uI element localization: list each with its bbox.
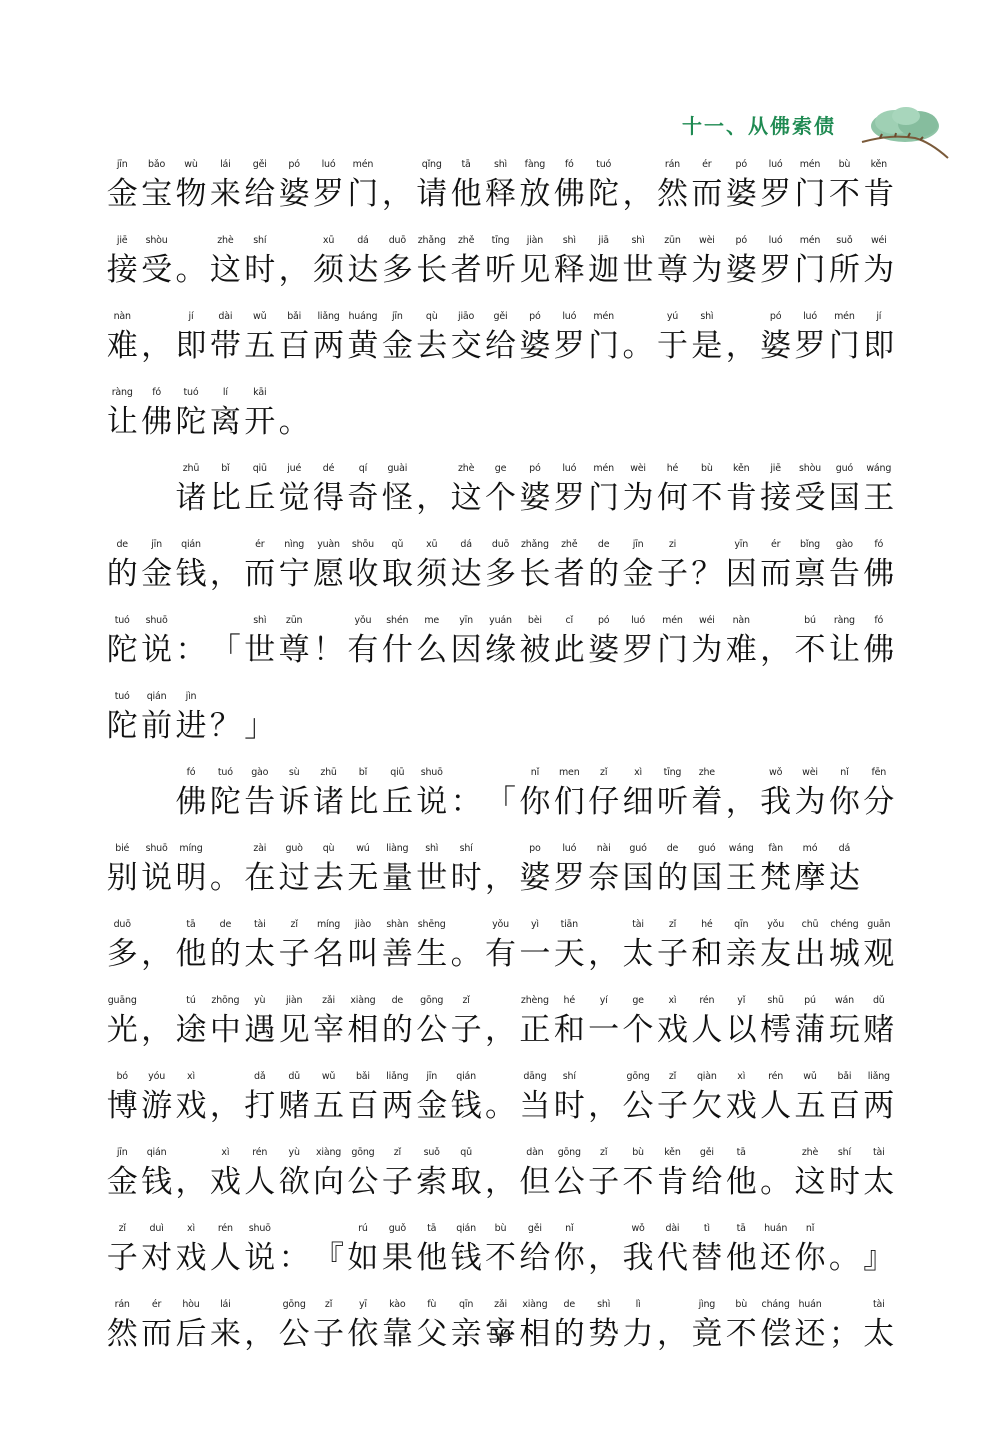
hanzi: 有: [485, 934, 516, 974]
hanzi: 公: [623, 1086, 654, 1126]
pinyin: ràng: [112, 384, 133, 402]
hanzi: 听: [485, 250, 516, 290]
pinyin: shén: [386, 612, 408, 630]
hanzi: 城: [829, 934, 860, 974]
character-cell: tài太: [621, 916, 655, 992]
pinyin: shì: [700, 308, 713, 326]
pinyin: dá: [839, 840, 850, 858]
hanzi: 门: [795, 250, 826, 290]
pinyin: shí: [253, 232, 266, 250]
character-cell: gōng公: [552, 1144, 586, 1220]
character-cell: wáng王: [862, 460, 896, 536]
hanzi: 么: [416, 630, 447, 670]
hanzi: 门: [795, 174, 826, 214]
character-cell: shuō说: [139, 612, 173, 688]
character-cell: zǐ子: [277, 916, 311, 992]
pinyin: zǐ: [600, 1144, 607, 1162]
hanzi: 比: [347, 782, 378, 822]
pinyin: nǐ: [565, 1220, 573, 1238]
pinyin: zūn: [286, 612, 302, 630]
pinyin: dàn: [526, 1144, 543, 1162]
pinyin: tuó: [115, 612, 130, 630]
hanzi: 百: [279, 326, 310, 366]
hanzi: 禀: [795, 554, 826, 594]
character-cell: qǔ取: [380, 536, 414, 612]
character-cell: dàn但: [518, 1144, 552, 1220]
pinyin: bǎi: [356, 1068, 370, 1086]
text-line: duō多，tā他de的tài太zǐ子míng名jiào叫shàn善shēng生。…: [105, 916, 897, 992]
pinyin: wǒ: [769, 764, 782, 782]
pinyin: xiàng: [316, 1144, 341, 1162]
character-cell: shí时: [243, 232, 277, 308]
pinyin: sù: [289, 764, 300, 782]
character-cell: luó罗: [311, 156, 345, 232]
pinyin: bié: [115, 840, 129, 858]
pinyin: bù: [701, 460, 713, 478]
hanzi: 和: [691, 934, 722, 974]
hanzi: 是: [691, 326, 722, 366]
character-cell: tiān天: [552, 916, 586, 992]
character-cell: jiē接: [105, 232, 139, 308]
character-cell: hé和: [552, 992, 586, 1068]
character-cell: qián钱: [449, 1220, 483, 1296]
hanzi: 须: [313, 250, 344, 290]
pinyin: rén: [218, 1220, 233, 1238]
hanzi: 子: [382, 1162, 413, 1202]
hanzi: 然: [657, 174, 688, 214]
hanzi: 国: [829, 478, 860, 518]
hanzi: 说: [141, 858, 172, 898]
hanzi: 钱: [141, 1162, 172, 1202]
pinyin: yóu: [148, 1068, 165, 1086]
hanzi: 向: [313, 1162, 344, 1202]
pinyin: xì: [187, 1220, 195, 1238]
hanzi: 达: [347, 250, 378, 290]
character-cell: bù不: [483, 1220, 517, 1296]
character-cell: tuó陀: [174, 384, 208, 460]
pinyin: ér: [702, 156, 711, 174]
pinyin: bǐ: [359, 764, 367, 782]
hanzi: 陀: [107, 706, 138, 746]
character-cell: tā他: [174, 916, 208, 992]
hanzi: 他: [175, 934, 206, 974]
hanzi: 多: [485, 554, 516, 594]
pinyin: zǎi: [322, 992, 335, 1010]
hanzi: 欲: [279, 1162, 310, 1202]
pinyin: luó: [769, 232, 783, 250]
pinyin: dá: [460, 536, 471, 554]
pinyin: duō: [389, 232, 406, 250]
character-cell: shàn善: [380, 916, 414, 992]
hanzi: ，: [141, 326, 172, 366]
character-cell: mén门: [793, 156, 827, 232]
hanzi: 不: [623, 1162, 654, 1202]
hanzi: 王: [863, 478, 894, 518]
pinyin: liǎng: [868, 1068, 890, 1086]
character-cell: bǐng禀: [793, 536, 827, 612]
character-cell: ér而: [758, 536, 792, 612]
character-cell: fēn分: [862, 764, 896, 840]
pinyin: zhè: [802, 1144, 818, 1162]
character-cell: wèi为: [793, 764, 827, 840]
character-cell: xì戏: [174, 1220, 208, 1296]
character-cell: mén门: [655, 612, 689, 688]
hanzi: 请: [416, 174, 447, 214]
pinyin: guó: [698, 840, 715, 858]
character-cell: ！: [311, 612, 345, 688]
pinyin: zhe: [699, 764, 715, 782]
pinyin: jí: [189, 308, 194, 326]
character-cell: 。: [827, 1220, 861, 1296]
hanzi: 宁: [279, 554, 310, 594]
pinyin: kāi: [253, 384, 266, 402]
character-cell: bǎo宝: [139, 156, 173, 232]
pinyin: xū: [426, 536, 437, 554]
pinyin: zūn: [664, 232, 680, 250]
pinyin: xiàng: [522, 1296, 547, 1314]
pinyin: bǐ: [221, 460, 229, 478]
hanzi: 钱: [451, 1086, 482, 1126]
character-cell: tuó陀: [208, 764, 242, 840]
pinyin: rén: [252, 1144, 267, 1162]
pinyin: rán: [115, 1296, 130, 1314]
hanzi: 即: [863, 326, 894, 366]
character-cell: zūn尊: [655, 232, 689, 308]
hanzi: ，: [588, 1238, 619, 1278]
pinyin: shòu: [799, 460, 821, 478]
character-cell: shòu受: [793, 460, 827, 536]
hanzi: 开: [244, 402, 275, 442]
pinyin: luó: [769, 156, 783, 174]
hanzi: 途: [175, 1010, 206, 1050]
hanzi: 陀: [107, 630, 138, 670]
character-cell: 。: [621, 308, 655, 384]
character-cell: bǎi百: [346, 1068, 380, 1144]
pinyin: luó: [562, 840, 576, 858]
pinyin: pó: [529, 308, 540, 326]
character-cell: liǎng两: [862, 1068, 896, 1144]
hanzi: 肯: [726, 478, 757, 518]
hanzi: 说: [416, 782, 447, 822]
hanzi: 。: [829, 1238, 860, 1278]
pinyin: jí: [876, 308, 881, 326]
pinyin: zhū: [320, 764, 336, 782]
hanzi: 善: [382, 934, 413, 974]
pinyin: gōng: [351, 1144, 374, 1162]
pinyin: nìng: [284, 536, 304, 554]
character-cell: men们: [552, 764, 586, 840]
character-cell: jīn金: [105, 1144, 139, 1220]
character-cell: qiū丘: [380, 764, 414, 840]
character-cell: tài太: [862, 1144, 896, 1220]
pinyin: tuó: [596, 156, 611, 174]
hanzi: 个: [623, 1010, 654, 1050]
hanzi: 物: [175, 174, 206, 214]
hanzi: 长: [519, 554, 550, 594]
character-cell: qián前: [139, 688, 173, 764]
pinyin: yù: [289, 1144, 300, 1162]
pinyin: xì: [187, 1068, 195, 1086]
hanzi: 达: [829, 858, 860, 898]
pinyin: hé: [564, 992, 575, 1010]
hanzi: 索: [416, 1162, 447, 1202]
hanzi: 诸: [175, 478, 206, 518]
character-cell: guāng光: [105, 992, 139, 1068]
character-cell: jīn金: [139, 536, 173, 612]
pinyin: jìn: [186, 688, 197, 706]
pinyin: qián: [456, 1068, 476, 1086]
hanzi: 佛: [175, 782, 206, 822]
chapter-title: 十一、从佛索债: [682, 110, 836, 139]
pinyin: lái: [220, 156, 231, 174]
hanzi: 说: [141, 630, 172, 670]
hanzi: 奈: [588, 858, 619, 898]
character-cell: bó博: [105, 1068, 139, 1144]
character-cell: shì释: [483, 156, 517, 232]
character-cell: mó摩: [793, 840, 827, 916]
pinyin: zǎi: [494, 1296, 507, 1314]
character-cell: ，: [724, 764, 758, 840]
character-cell: nìng宁: [277, 536, 311, 612]
pinyin: tīng: [492, 232, 510, 250]
hanzi: ，: [588, 1086, 619, 1126]
character-cell: jīn金: [105, 156, 139, 232]
character-cell: ：: [277, 1220, 311, 1296]
character-cell: zūn尊: [277, 612, 311, 688]
character-cell: bié别: [105, 840, 139, 916]
pinyin: mén: [800, 232, 821, 250]
character-cell: qí奇: [346, 460, 380, 536]
hanzi: 即: [175, 326, 206, 366]
hanzi: 相: [347, 1010, 378, 1050]
character-cell: yīn因: [724, 536, 758, 612]
hanzi: 宝: [141, 174, 172, 214]
pinyin: fàng: [525, 156, 545, 174]
character-cell: bù不: [827, 156, 861, 232]
pinyin: kào: [389, 1296, 405, 1314]
hanzi: 释: [554, 250, 585, 290]
pinyin: kěn: [871, 156, 887, 174]
character-cell: wéi为: [690, 612, 724, 688]
pinyin: míng: [179, 840, 202, 858]
character-cell: luó罗: [621, 612, 655, 688]
hanzi: 人: [691, 1010, 722, 1050]
pinyin: fàn: [768, 840, 783, 858]
pinyin: chéng: [830, 916, 858, 934]
text-line: nàn难，jí即dài带wǔ五bǎi百liǎng两huáng黄jīn金qù去ji…: [105, 308, 897, 384]
pinyin: shí: [838, 1144, 851, 1162]
pinyin: guǒ: [389, 1220, 406, 1238]
hanzi: 受: [141, 250, 172, 290]
character-cell: zǐ仔: [586, 764, 620, 840]
character-cell: mén门: [586, 460, 620, 536]
pinyin: gào: [251, 764, 268, 782]
hanzi: ，: [279, 250, 310, 290]
pinyin: qiū: [253, 460, 267, 478]
hanzi: 丘: [382, 782, 413, 822]
hanzi: 「: [485, 782, 516, 822]
pinyin: mén: [800, 156, 821, 174]
character-cell: qīn亲: [724, 916, 758, 992]
character-cell: ，: [724, 308, 758, 384]
character-cell: ，: [277, 232, 311, 308]
character-cell: luó罗: [552, 840, 586, 916]
pinyin: xū: [323, 232, 334, 250]
character-cell: 。: [208, 840, 242, 916]
character-cell: jīn金: [621, 536, 655, 612]
character-cell: ，: [415, 460, 449, 536]
character-cell: ，: [758, 612, 792, 688]
hanzi: 见: [279, 1010, 310, 1050]
pinyin: gěi: [494, 308, 508, 326]
hanzi: 果: [382, 1238, 413, 1278]
hanzi: 而: [691, 174, 722, 214]
character-cell: bù不: [690, 460, 724, 536]
hanzi: ，: [382, 174, 413, 214]
character-cell: dāng当: [518, 1068, 552, 1144]
character-cell: jīn金: [415, 1068, 449, 1144]
pinyin: tài: [254, 916, 266, 934]
character-cell: pó婆: [586, 612, 620, 688]
hanzi: 你: [795, 1238, 826, 1278]
character-cell: mén门: [827, 308, 861, 384]
text-line: tuó陀shuō说：「shì世zūn尊！yǒu有shén什me么yīn因yuán…: [105, 612, 897, 688]
hanzi: 子: [657, 1086, 688, 1126]
character-cell: 「: [208, 612, 242, 688]
character-cell: xū须: [311, 232, 345, 308]
character-cell: liàng量: [380, 840, 414, 916]
hanzi: 婆: [519, 326, 550, 366]
character-cell: qù去: [415, 308, 449, 384]
pinyin: qù: [323, 840, 335, 858]
hanzi: 去: [416, 326, 447, 366]
hanzi: 百: [829, 1086, 860, 1126]
character-cell: gào告: [827, 536, 861, 612]
character-cell: jí即: [174, 308, 208, 384]
character-cell: luó罗: [758, 156, 792, 232]
hanzi: ，: [623, 174, 654, 214]
pinyin: yì: [531, 916, 539, 934]
character-cell: jiē接: [758, 460, 792, 536]
pinyin: yī: [359, 1296, 367, 1314]
hanzi: 佛: [141, 402, 172, 442]
pinyin: luó: [562, 308, 576, 326]
hanzi: 而: [760, 554, 791, 594]
pinyin: wǒ: [631, 1220, 644, 1238]
pinyin: bù: [495, 1220, 507, 1238]
character-cell: shòu受: [139, 232, 173, 308]
character-cell: ，: [586, 1068, 620, 1144]
hanzi: 不: [691, 478, 722, 518]
hanzi: 进: [175, 706, 206, 746]
character-cell: ：: [449, 764, 483, 840]
hanzi: 者: [451, 250, 482, 290]
pinyin: zhū: [183, 460, 199, 478]
character-cell: shì世: [415, 840, 449, 916]
hanzi: 诉: [279, 782, 310, 822]
character-cell: guǒ果: [380, 1220, 414, 1296]
character-cell: me么: [415, 612, 449, 688]
hanzi: 遇: [244, 1010, 275, 1050]
hanzi: 金: [141, 554, 172, 594]
hanzi: 给: [691, 1162, 722, 1202]
hanzi: 陀: [175, 402, 206, 442]
character-cell: ，: [483, 1144, 517, 1220]
pinyin: wǔ: [803, 1068, 816, 1086]
hanzi: 觉: [279, 478, 310, 518]
character-cell: rén人: [208, 1220, 242, 1296]
pinyin: gěi: [253, 156, 267, 174]
text-line: fó佛tuó陀gào告sù诉zhū诸bǐ比qiū丘shuō说：「nǐ你men们z…: [105, 764, 897, 840]
hanzi: 博: [107, 1086, 138, 1126]
hanzi: 五: [313, 1086, 344, 1126]
pinyin: tài: [873, 1144, 885, 1162]
pinyin: shì: [494, 156, 507, 174]
hanzi: ，: [210, 554, 241, 594]
pinyin: tā: [186, 916, 195, 934]
text-line: ràng让fó佛tuó陀lí离kāi开。: [105, 384, 897, 460]
hanzi: 两: [863, 1086, 894, 1126]
pinyin: ràng: [834, 612, 855, 630]
hanzi: 金: [382, 326, 413, 366]
pinyin: nàn: [114, 308, 131, 326]
hanzi: ，: [760, 630, 791, 670]
pinyin: ge: [632, 992, 643, 1010]
hanzi: 尊: [279, 630, 310, 670]
character-cell: xì戏: [655, 992, 689, 1068]
character-cell: tīng听: [655, 764, 689, 840]
pinyin: tuó: [218, 764, 233, 782]
character-cell: sù诉: [277, 764, 311, 840]
pinyin: suǒ: [424, 1144, 440, 1162]
character-cell: chéng城: [827, 916, 861, 992]
pinyin: chū: [802, 916, 819, 934]
character-cell: tuó陀: [105, 688, 139, 764]
pinyin: jīn: [633, 536, 644, 554]
character-cell: guó国: [621, 840, 655, 916]
pinyin: duō: [492, 536, 509, 554]
pinyin: cháng: [762, 1296, 790, 1314]
character-cell: zǐ子: [380, 1144, 414, 1220]
hanzi: 人: [760, 1086, 791, 1126]
pinyin: yuán: [489, 612, 512, 630]
pinyin: hòu: [182, 1296, 199, 1314]
hanzi: 太: [244, 934, 275, 974]
pinyin: luó: [322, 156, 336, 174]
hanzi: 五: [795, 1086, 826, 1126]
character-cell: shí时: [449, 840, 483, 916]
hanzi: 世: [244, 630, 275, 670]
hanzi: 的: [588, 554, 619, 594]
character-cell: míng名: [311, 916, 345, 992]
character-cell: 』: [862, 1220, 896, 1296]
character-cell: xiàng向: [311, 1144, 345, 1220]
text-line: jīn金bǎo宝wù物lái来gěi给pó婆luó罗mén门，qǐng请tā他s…: [105, 156, 897, 232]
pinyin: kěn: [664, 1144, 680, 1162]
character-cell: ，: [208, 536, 242, 612]
hanzi: 天: [554, 934, 585, 974]
character-cell: guó国: [690, 840, 724, 916]
character-cell: zài在: [243, 840, 277, 916]
character-cell: ，: [174, 1144, 208, 1220]
character-cell: ：: [174, 612, 208, 688]
character-cell: rén人: [690, 992, 724, 1068]
character-cell: wú无: [346, 840, 380, 916]
character-cell: ，: [483, 992, 517, 1068]
hanzi: 子: [657, 554, 688, 594]
pinyin: men: [559, 764, 580, 782]
hanzi: 罗: [795, 326, 826, 366]
